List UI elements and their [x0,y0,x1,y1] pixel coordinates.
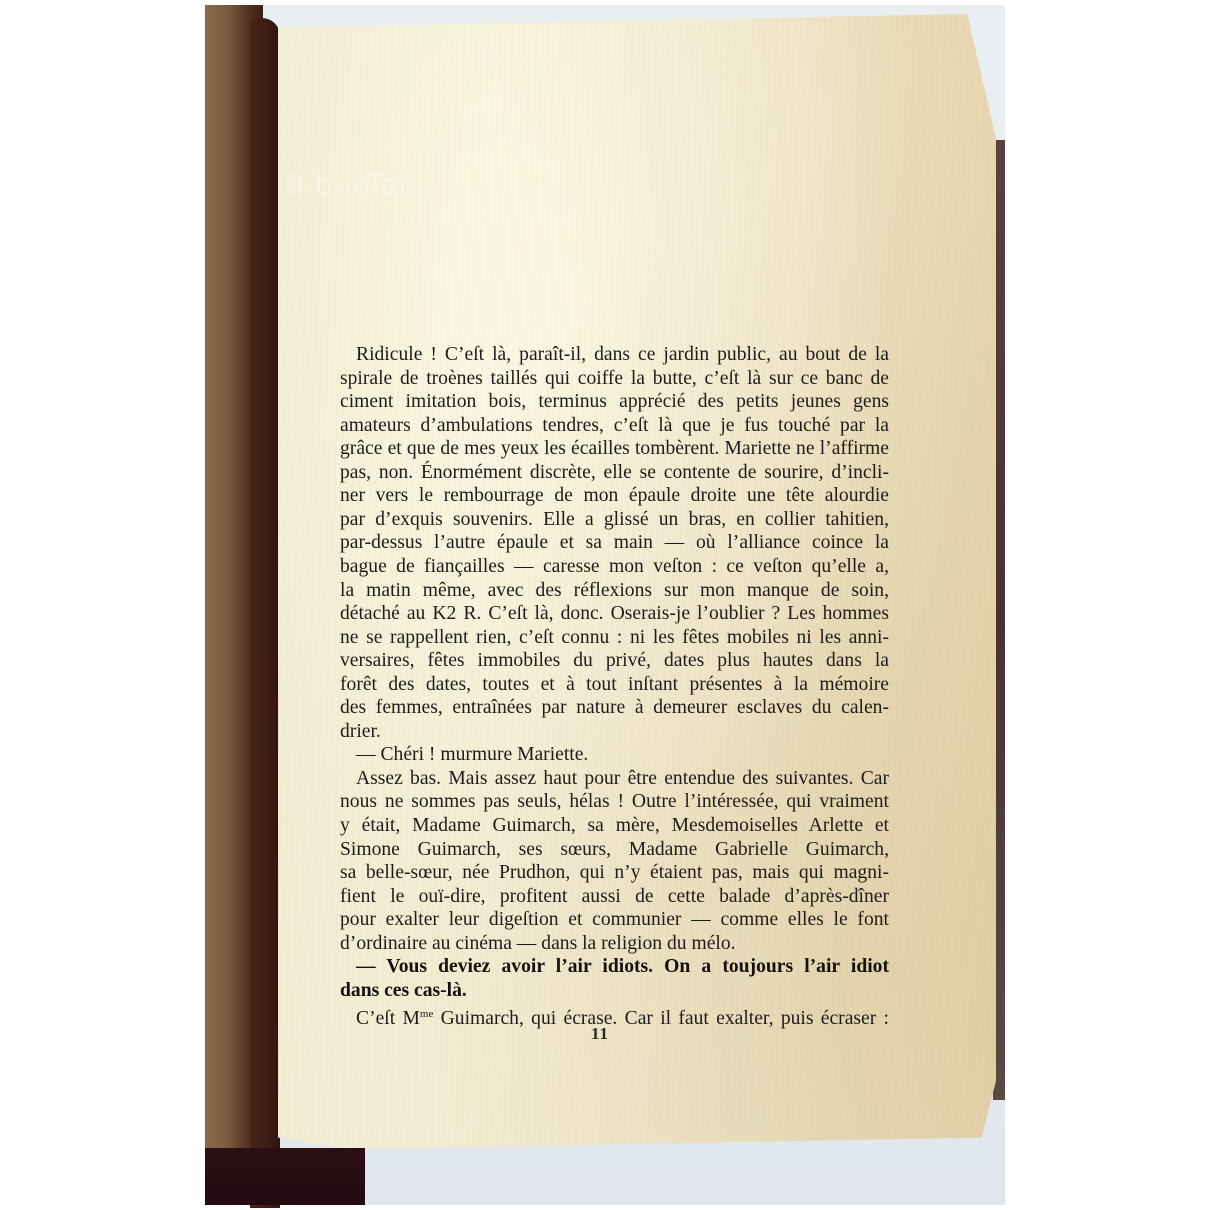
text-line: Assez bas. Mais assez haut pour être ent… [356,767,889,791]
text-line: ner vers le rembourrage de mon épaule dr… [340,484,889,508]
text-line: pour exalter leur digeſtion et communier… [340,908,889,932]
text-line: la matin même, avec des réflexions sur m… [340,579,889,603]
text-line: sa belle-sœur, née Prudhon, qui n’y étai… [340,861,889,885]
text-line: C’eſt Mme Guimarch, qui écrase. Car il f… [356,1002,889,1026]
text-line: pas, non. Énormément discrète, elle se c… [340,461,889,485]
text-line: bague de fiançailles — caresse mon veſto… [340,555,889,579]
text-line: forêt des dates, toutes et à tout inſtan… [340,673,889,697]
text-line: amateurs d’ambulations tendres, c’eſt là… [340,414,889,438]
text-line: grâce et que de mes yeux les écailles to… [340,437,889,461]
text-line: y était, Madame Guimarch, sa mère, Mesde… [340,814,889,838]
text-line: dans ces cas-là. [340,979,889,1003]
book-cover-bottom [205,1148,365,1205]
text-line: Simone Guimarch, ses sœurs, Madame Gabri… [340,838,889,862]
text-line: détaché au K2 R. C’eſt là, donc. Oserais… [340,602,889,626]
page-number: 11 [591,1024,609,1044]
text-line: des femmes, entraînées par nature à deme… [340,696,889,720]
text-line: par-dessus l’autre épaule et sa main — o… [340,531,889,555]
text-line: versaires, fêtes immobiles du privé, dat… [340,649,889,673]
text-line: fient le ouï-dire, profitent aussi de ce… [340,885,889,909]
text-line: Ridicule ! C’eſt là, paraît-il, dans ce … [356,343,889,367]
text-line: d’ordinaire au cinéma — dans la religion… [340,932,889,956]
text-line: nous ne sommes pas seuls, hélas ! Outre … [340,790,889,814]
text-line: spirale de troènes taillés qui coiffe la… [340,367,889,391]
text-line: drier. [340,720,889,744]
text-line: ne se rappellent rien, c’eſt connu : ni … [340,626,889,650]
text-line: — Vous deviez avoir l’air idiots. On a t… [356,955,889,979]
text-line: — Chéri ! murmure Mariette. [356,743,889,767]
text-line: par d’exquis souvenirs. Elle a glissé un… [340,508,889,532]
text-line: ciment imitation bois, terminus apprécié… [340,390,889,414]
book-spine [250,18,280,1208]
watermark: BiblioTac [286,170,417,201]
